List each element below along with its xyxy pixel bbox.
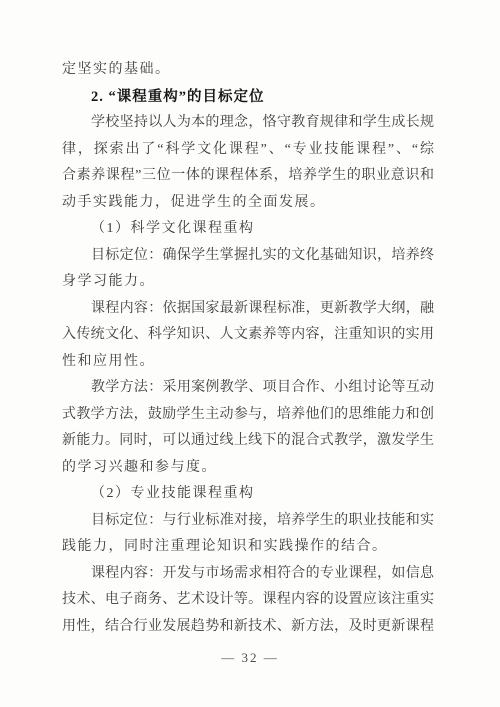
text-line: 性和应用性。 [62, 349, 434, 376]
text-line: 入传统文化、科学知识、人文素养等内容，注重知识的实用 [62, 322, 434, 349]
subsection-heading: （1）科学文化课程重构 [62, 216, 434, 243]
page-number: — 32 — [0, 649, 500, 667]
text-line: 学校坚持以人为本的理念，恪守教育规律和学生成长规 [62, 110, 434, 137]
subsection-heading: （2）专业技能课程重构 [62, 481, 434, 508]
text-line: 教学方法：采用案例教学、项目合作、小组讨论等互动 [62, 375, 434, 402]
text-line: 课程内容：依据国家最新课程标准，更新教学大纲，融 [62, 296, 434, 323]
text-line: 课程内容：开发与市场需求相符合的专业课程，如信息 [62, 561, 434, 588]
text-line: 践能力，同时注重理论知识和实践操作的结合。 [62, 534, 434, 561]
text-line: 用性，结合行业发展趋势和新技术、新方法，及时更新课程 [62, 614, 434, 641]
text-line: 定坚实的基础。 [62, 57, 434, 84]
text-line: 的学习兴趣和参与度。 [62, 455, 434, 482]
text-line: 技术、电子商务、艺术设计等。课程内容的设置应该注重实 [62, 587, 434, 614]
text-line: 身学习能力。 [62, 269, 434, 296]
text-line: 式教学方法，鼓励学生主动参与，培养他们的思维能力和创 [62, 402, 434, 429]
text-line: 目标定位：确保学生掌握扎实的文化基础知识，培养终 [62, 243, 434, 270]
text-column: 定坚实的基础。 2. “课程重构”的目标定位 学校坚持以人为本的理念，恪守教育规… [62, 57, 434, 640]
text-line: 目标定位：与行业标准对接，培养学生的职业技能和实 [62, 508, 434, 535]
text-line: 新能力。同时，可以通过线上线下的混合式教学，激发学生 [62, 428, 434, 455]
section-heading: 2. “课程重构”的目标定位 [62, 84, 434, 111]
document-page: 定坚实的基础。 2. “课程重构”的目标定位 学校坚持以人为本的理念，恪守教育规… [0, 0, 500, 707]
text-line: 律，探索出了“科学文化课程”、“专业技能课程”、“综 [62, 137, 434, 164]
text-line: 合素养课程”三位一体的课程体系，培养学生的职业意识和 [62, 163, 434, 190]
text-line: 动手实践能力，促进学生的全面发展。 [62, 190, 434, 217]
